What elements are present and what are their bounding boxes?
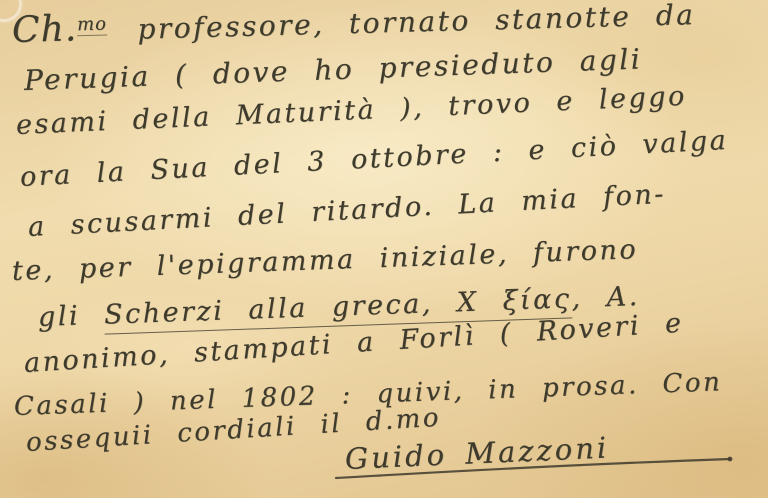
salutation-superscript: mo — [77, 13, 107, 36]
line-1-text: professore, tornato stanotte da — [137, 0, 696, 46]
postcard-paper: Ch.mo professore, tornato stanotte da Pe… — [0, 0, 768, 498]
signature: Guido Mazzoni — [344, 430, 610, 475]
line-7-suffix: , A. — [571, 281, 640, 314]
handwritten-line-5: a scusarmi del ritardo. La mia fon- — [27, 179, 666, 243]
line-7-prefix: gli — [37, 301, 80, 333]
handwritten-line-6: te, per l'epigramma iniziale, furono — [11, 234, 638, 287]
salutation-abbrev: Ch. — [11, 8, 77, 51]
